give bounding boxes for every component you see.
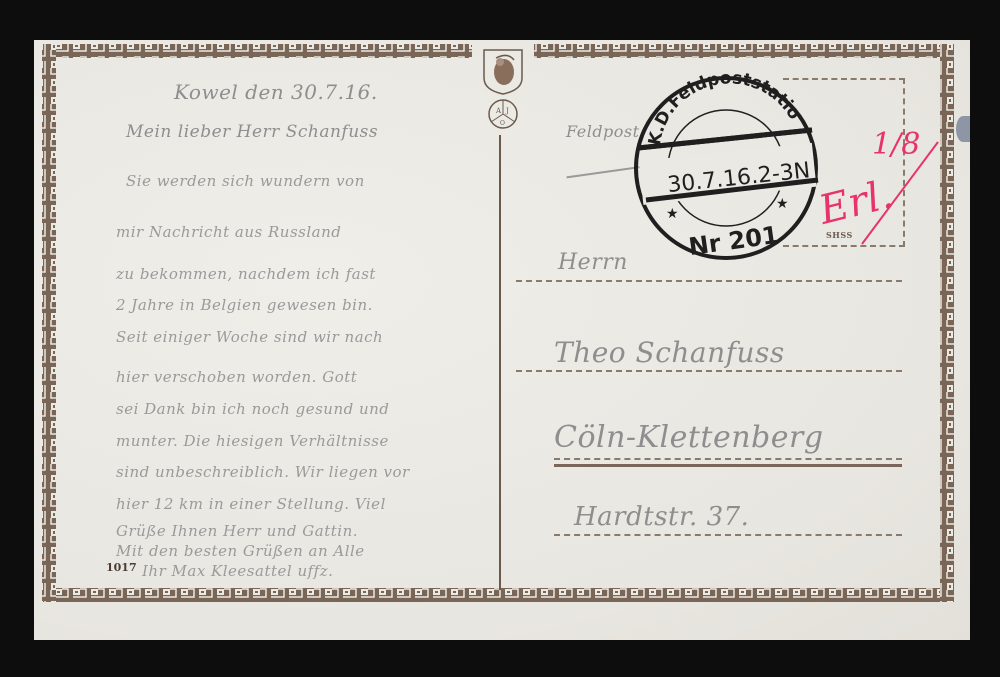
postcard: A J O Kowel den 30.7.16. Mein lieber Her… xyxy=(34,40,970,640)
svg-text:J: J xyxy=(505,107,509,115)
center-divider xyxy=(499,135,501,590)
message-salutation: Mein lieber Herr Schanfuss xyxy=(126,122,378,142)
message-signature: Ihr Max Kleesattel uffz. xyxy=(142,562,333,580)
message-line: Sie werden sich wundern von xyxy=(126,172,365,190)
message-line: sind unbeschreiblich. Wir liegen vor xyxy=(116,463,410,481)
message-line: munter. Die hiesigen Verhältnisse xyxy=(116,432,389,450)
postmark-stamp: K.D.Feldpoststation 30.7.16.2-3N Nr 201 … xyxy=(626,68,826,268)
address-line-1 xyxy=(516,280,902,282)
publisher-number: 1017 xyxy=(106,561,137,574)
svg-text:O: O xyxy=(500,120,505,127)
address-line-3 xyxy=(554,458,902,460)
address-street: Hardtstr. 37. xyxy=(574,502,749,532)
address-salutation: Herrn xyxy=(558,250,628,275)
publisher-logo-icon: A J O xyxy=(487,98,519,130)
address-line-4 xyxy=(554,534,902,536)
message-line: Mit den besten Grüßen an Alle xyxy=(116,542,365,560)
place-date: Kowel den 30.7.16. xyxy=(174,80,378,104)
censor-fraction: 1/8 xyxy=(872,127,920,162)
ink-blot xyxy=(956,116,970,142)
address-underline xyxy=(554,464,902,467)
censor-mark: Erl. 1/8 xyxy=(814,98,944,268)
message-line: 2 Jahre in Belgien gewesen bin. xyxy=(116,296,373,314)
address-line-2 xyxy=(516,370,902,372)
address-city: Cöln-Klettenberg xyxy=(554,420,824,455)
publisher-shield-icon xyxy=(480,48,526,96)
message-line: hier 12 km in einer Stellung. Viel xyxy=(116,495,386,513)
svg-text:A: A xyxy=(495,107,502,115)
address-name: Theo Schanfuss xyxy=(554,336,785,369)
message-line: Grüße Ihnen Herr und Gattin. xyxy=(116,522,358,540)
star-icon: ★ xyxy=(776,196,789,212)
censor-text: Erl. xyxy=(814,171,897,234)
star-icon: ★ xyxy=(666,206,679,222)
message-line: sei Dank bin ich noch gesund und xyxy=(116,400,389,418)
message-line: hier verschoben worden. Gott xyxy=(116,368,357,386)
message-line: Seit einiger Woche sind wir nach xyxy=(116,328,383,346)
postmark-number: Nr 201 xyxy=(687,221,780,261)
message-line: mir Nachricht aus Russland xyxy=(116,223,341,241)
message-line: zu bekommen, nachdem ich fast xyxy=(116,265,376,283)
